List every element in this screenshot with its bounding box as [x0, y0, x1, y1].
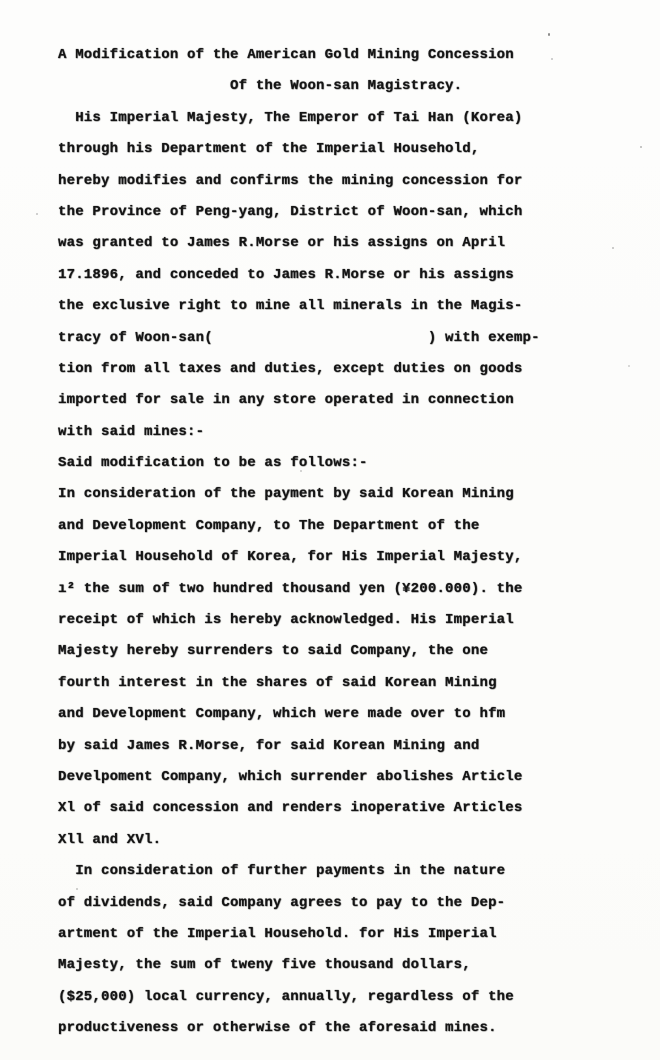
scan-speckle [628, 365, 630, 367]
text-line: In consideration of further payments in … [58, 856, 540, 887]
scan-speckle [612, 247, 614, 249]
text-line: ($25,000) local currency, annually, rega… [58, 982, 540, 1013]
text-line: His Imperial Majesty, The Emperor of Tai… [58, 103, 540, 134]
text-line: Said modification to be as follows:- [58, 448, 540, 479]
scan-speckle [548, 33, 550, 36]
text-line: A Modification of the American Gold Mini… [58, 40, 540, 71]
scan-speckle [640, 146, 642, 148]
text-line: receipt of which is hereby acknowledged.… [58, 605, 540, 636]
text-line: tion from all taxes and duties, except d… [58, 354, 540, 385]
text-line: Xl of said concession and renders inoper… [58, 793, 540, 824]
text-line: artment of the Imperial Household. for H… [58, 919, 540, 950]
text-line: by said James R.Morse, for said Korean M… [58, 731, 540, 762]
text-line: hereby modifies and confirms the mining … [58, 166, 540, 197]
text-line: In consideration of the payment by said … [58, 479, 540, 510]
text-line: Majesty hereby surrenders to said Compan… [58, 636, 540, 667]
text-line: fourth interest in the shares of said Ko… [58, 668, 540, 699]
text-line: Xll and XVl. [58, 825, 540, 856]
text-line: ı² the sum of two hundred thousand yen (… [58, 574, 540, 605]
document-text: A Modification of the American Gold Mini… [58, 40, 540, 1045]
text-line: Of the Woon-san Magistracy. [58, 71, 540, 102]
text-line: the Province of Peng-yang, District of W… [58, 197, 540, 228]
scan-speckle [76, 888, 78, 890]
text-line: of dividends, said Company agrees to pay… [58, 888, 540, 919]
text-line: the exclusive right to mine all minerals… [58, 291, 540, 322]
scan-speckle [551, 58, 553, 60]
text-line: with said mines:- [58, 417, 540, 448]
text-line: 17.1896, and conceded to James R.Morse o… [58, 260, 540, 291]
text-line: was granted to James R.Morse or his assi… [58, 228, 540, 259]
text-line: Majesty, the sum of tweny five thousand … [58, 950, 540, 981]
scanned-document-page: A Modification of the American Gold Mini… [0, 0, 660, 1060]
text-line: through his Department of the Imperial H… [58, 134, 540, 165]
text-line: imported for sale in any store operated … [58, 385, 540, 416]
text-line: and Development Company, to The Departme… [58, 511, 540, 542]
scan-speckle [36, 213, 38, 215]
text-line: Imperial Household of Korea, for His Imp… [58, 542, 540, 573]
text-line: Develpoment Company, which surrender abo… [58, 762, 540, 793]
text-line: and Development Company, which were made… [58, 699, 540, 730]
text-line: tracy of Woon-san( ) with exemp- [58, 323, 540, 354]
text-line: productiveness or otherwise of the afore… [58, 1013, 540, 1044]
scan-speckle [300, 470, 302, 472]
